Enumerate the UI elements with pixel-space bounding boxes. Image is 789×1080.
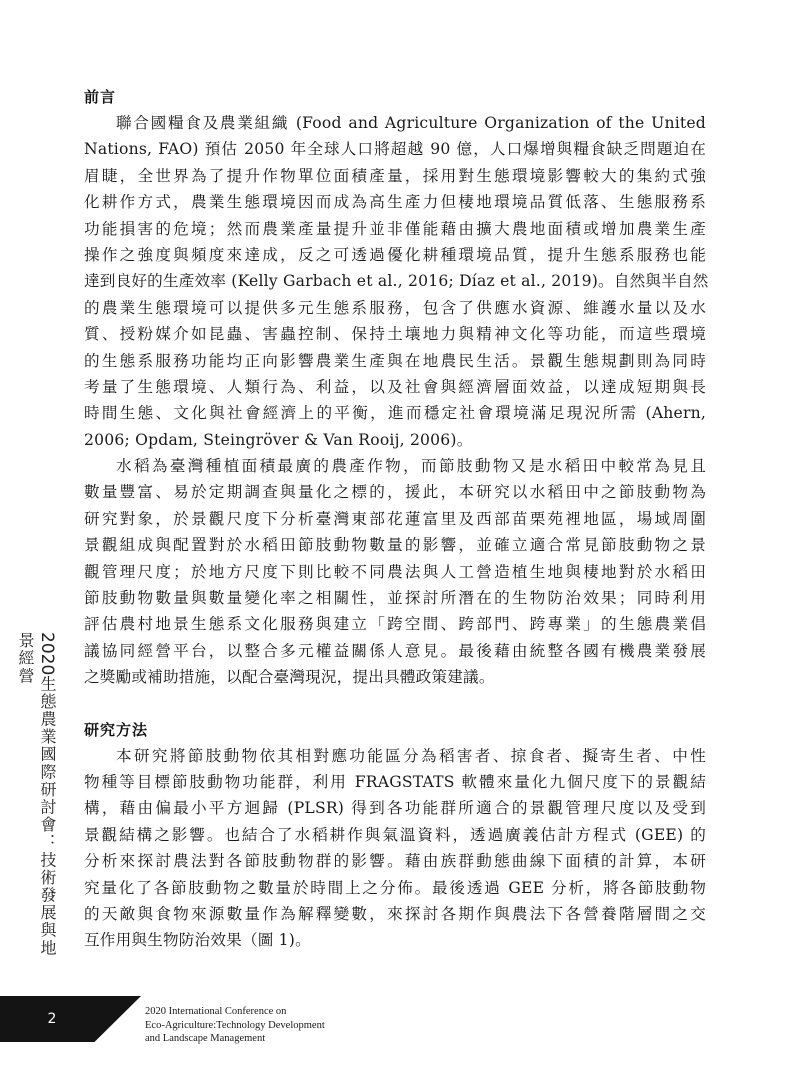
text-line: 功能損害的危境；然而農業產量提升並非僅能藉由擴大農地面積或增加農業生產 <box>84 216 706 242</box>
text-line: Nations, FAO) 預估 2050 年全球人口將超越 90 億，人口爆增… <box>84 136 706 162</box>
text-line: 互作用與生物防治效果（圖 1)。 <box>84 927 706 953</box>
page-number: 2 <box>0 996 104 1042</box>
text-line: 節肢動物數量與數量變化率之相關性，並探討所潛在的生物防治效果；同時利用 <box>84 585 706 611</box>
paragraph: 聯合國糧食及農業組織 (Food and Agriculture Organiz… <box>84 110 706 453</box>
text-line: 構，藉由偏最小平方迴歸 (PLSR) 得到各功能群所適合的景觀管理尺度以及受到 <box>84 795 706 821</box>
text-line: 2006; Opdam, Steingröver & Van Rooij, 20… <box>84 427 706 453</box>
side-running-title: 2020生態農業國際研討會：技術發展與地景經營 <box>36 632 58 962</box>
text-line: 景觀結構之影響。也結合了水稻耕作與氣溫資料，透過廣義估計方程式 (GEE) 的 <box>84 822 706 848</box>
text-line: 本研究將節肢動物依其相對應功能區分為稻害者、掠食者、擬寄生者、中性 <box>84 743 706 769</box>
side-title-text: 生態農業國際研討會：技術發展與地景經營 <box>16 632 57 957</box>
text-line: 物種等目標節肢動物功能群，利用 FRAGSTATS 軟體來量化九個尺度下的景觀結 <box>84 769 706 795</box>
text-line: 數量豐富、易於定期調查與量化之標的，援此，本研究以水稻田中之節肢動物為 <box>84 479 706 505</box>
section-heading-methods: 研究方法 <box>84 717 706 743</box>
text-line: 水稻為臺灣種植面積最廣的農產作物，而節肢動物又是水稻田中較常為見且 <box>84 453 706 479</box>
text-line: 操作之強度與頻度來達成，反之可透過優化耕種環境品質，提升生態系服務也能 <box>84 242 706 268</box>
text-line: 達到良好的生產效率 (Kelly Garbach et al., 2016; D… <box>84 268 706 294</box>
paragraph: 水稻為臺灣種植面積最廣的農產作物，而節肢動物又是水稻田中較常為見且 數量豐富、易… <box>84 453 706 691</box>
text-line: 研究對象，於景觀尺度下分析臺灣東部花蓮富里及西部苗栗苑裡地區，場域周圍 <box>84 506 706 532</box>
text-line: 分析來探討農法對各節肢動物群的影響。藉由族群動態曲線下面積的計算，本研 <box>84 848 706 874</box>
paragraph: 本研究將節肢動物依其相對應功能區分為稻害者、掠食者、擬寄生者、中性 物種等目標節… <box>84 743 706 954</box>
footer-conference-title: 2020 International Conference on Eco-Agr… <box>145 1005 325 1046</box>
text-line: 議協同經營平台，以整合多元權益關係人意見。最後藉由統整各國有機農業發展 <box>84 638 706 664</box>
text-line: 的農業生態環境可以提供多元生態系服務，包含了供應水資源、維護水量以及水 <box>84 295 706 321</box>
text-line: 時間生態、文化與社會經濟上的平衡，進而穩定社會環境滿足現況所需 (Ahern, <box>84 400 706 426</box>
text-line: 考量了生態環境、人類行為、利益，以及社會與經濟層面效益，以達成短期與長 <box>84 374 706 400</box>
text-line: 化耕作方式，農業生態環境因而成為高生產力但棲地環境品質低落、生態服務系 <box>84 189 706 215</box>
side-title-year: 2020 <box>37 632 57 675</box>
text-line: 眉睫，全世界為了提升作物單位面積產量，採用對生態環境影響較大的集約式強 <box>84 163 706 189</box>
section-heading-introduction: 前言 <box>84 84 706 110</box>
text-line: 的生態系服務功能均正向影響農業生產與在地農民生活。景觀生態規劃則為同時 <box>84 348 706 374</box>
footer-line: Eco-Agriculture:Technology Development <box>145 1019 325 1033</box>
text-line: 之獎勵或補助措施，以配合臺灣現況，提出具體政策建議。 <box>84 664 706 690</box>
text-line: 評估農村地景生態系文化服務與建立「跨空間、跨部門、跨專業」的生態農業倡 <box>84 611 706 637</box>
text-line: 聯合國糧食及農業組織 (Food and Agriculture Organiz… <box>84 110 706 136</box>
text-line: 觀管理尺度；於地方尺度下則比較不同農法與人工營造植生地與棲地對於水稻田 <box>84 559 706 585</box>
page-body: 前言 聯合國糧食及農業組織 (Food and Agriculture Orga… <box>84 84 706 954</box>
document-page: 前言 聯合國糧食及農業組織 (Food and Agriculture Orga… <box>0 0 789 1080</box>
text-line: 的天敵與食物來源數量作為解釋變數，來探討各期作與農法下各營養階層間之交 <box>84 901 706 927</box>
footer-line: 2020 International Conference on <box>145 1005 325 1019</box>
footer-line: and Landscape Management <box>145 1032 325 1046</box>
text-line: 質、授粉媒介如昆蟲、害蟲控制、保持土壤地力與精神文化等功能，而這些環境 <box>84 321 706 347</box>
text-line: 景觀組成與配置對於水稻田節肢動物數量的影響，並確立適合常見節肢動物之景 <box>84 532 706 558</box>
text-line: 究量化了各節肢動物之數量於時間上之分佈。最後透過 GEE 分析，將各節肢動物 <box>84 875 706 901</box>
section-spacer <box>84 691 706 717</box>
